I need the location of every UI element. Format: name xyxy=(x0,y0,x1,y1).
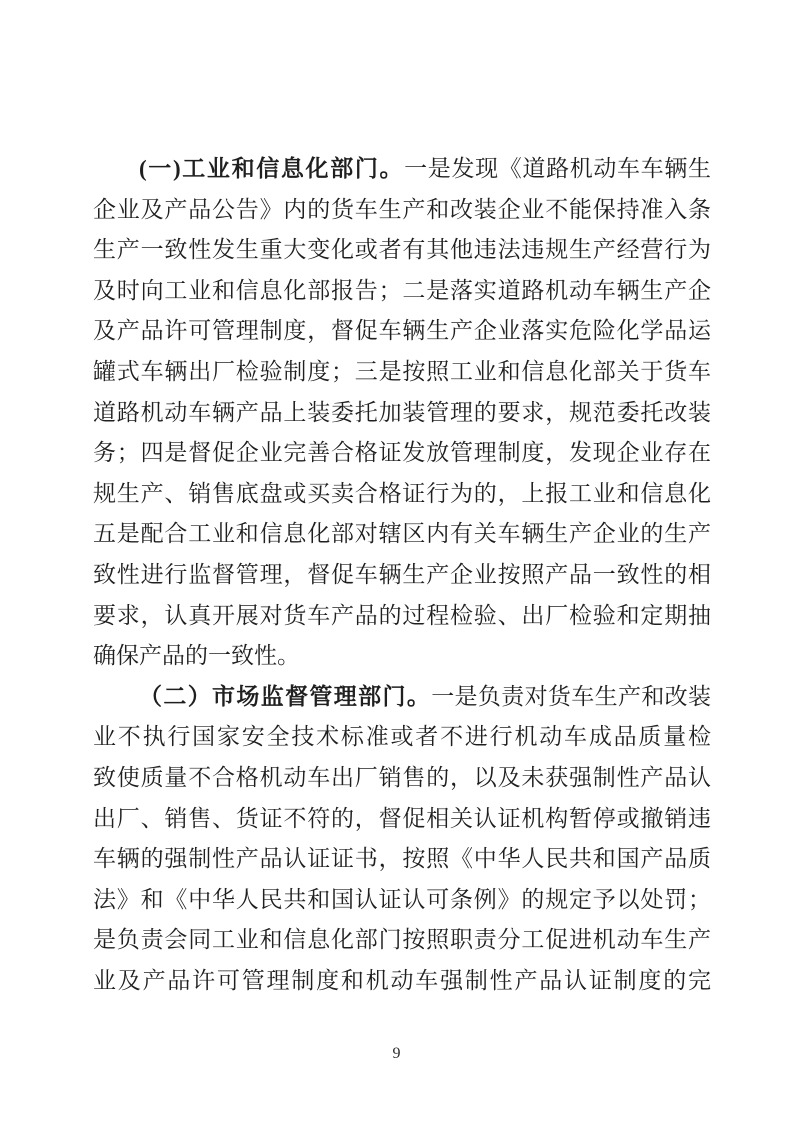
text-line: 致性进行监督管理，督促车辆生产企业按照产品一致性的相关 xyxy=(93,555,711,596)
line-text: 罐式车辆出厂检验制度；三是按照工业和信息化部关于货车类 xyxy=(93,359,711,393)
text-line: 出厂、销售、货证不符的，督促相关认证机构暂停或撤销违规 xyxy=(93,799,711,840)
line-text: 确保产品的一致性。 xyxy=(93,643,300,668)
text-line: 生产一致性发生重大变化或者有其他违法违规生产经营行为的， xyxy=(93,230,711,271)
text-line: 规生产、销售底盘或买卖合格证行为的，上报工业和信息化部； xyxy=(93,474,711,515)
text-line: (一)工业和信息化部门。一是发现《道路机动车车辆生产 xyxy=(93,149,711,190)
line-text: 道路机动车辆产品上装委托加装管理的要求，规范委托改装业 xyxy=(93,400,711,434)
line-text: 生产一致性发生重大变化或者有其他违法违规生产经营行为的， xyxy=(93,237,711,271)
text-line: 业不执行国家安全技术标准或者不进行机动车成品质量检验、 xyxy=(93,717,711,758)
line-text: 致使质量不合格机动车出厂销售的，以及未获强制性产品认证 xyxy=(93,765,711,799)
line-text: 法》和《中华人民共和国认证认可条例》的规定予以处罚；二 xyxy=(93,887,711,921)
text-line: 是负责会同工业和信息化部门按照职责分工促进机动车生产企 xyxy=(93,920,711,961)
text-line: 道路机动车辆产品上装委托加装管理的要求，规范委托改装业 xyxy=(93,393,711,434)
text-line: 务；四是督促企业完善合格证发放管理制度，发现企业存在违 xyxy=(93,433,711,474)
text-line: 及时向工业和信息化部报告；二是落实道路机动车辆生产企业 xyxy=(93,271,711,312)
page-footer: 9 xyxy=(0,1044,793,1064)
document-body: (一)工业和信息化部门。一是发现《道路机动车车辆生产企业及产品公告》内的货车生产… xyxy=(93,149,711,1001)
line-text: 五是配合工业和信息化部对辖区内有关车辆生产企业的生产一 xyxy=(93,521,711,555)
line-text: 车辆的强制性产品认证证书，按照《中华人民共和国产品质量 xyxy=(93,846,711,880)
text-line: 法》和《中华人民共和国认证认可条例》的规定予以处罚；二 xyxy=(93,880,711,921)
section-heading: (一)工业和信息化部门。 xyxy=(139,156,404,181)
line-text: 企业及产品公告》内的货车生产和改装企业不能保持准入条件、 xyxy=(93,197,711,231)
text-line: 企业及产品公告》内的货车生产和改装企业不能保持准入条件、 xyxy=(93,190,711,231)
text-line: 五是配合工业和信息化部对辖区内有关车辆生产企业的生产一 xyxy=(93,514,711,555)
line-text: 是负责会同工业和信息化部门按照职责分工促进机动车生产企 xyxy=(93,927,711,961)
text-line: 致使质量不合格机动车出厂销售的，以及未获强制性产品认证 xyxy=(93,758,711,799)
text-line: 业及产品许可管理制度和机动车强制性产品认证制度的完善， xyxy=(93,961,711,1002)
line-text: 及产品许可管理制度，督促车辆生产企业落实危险化学品运输 xyxy=(93,318,711,352)
document-page: (一)工业和信息化部门。一是发现《道路机动车车辆生产企业及产品公告》内的货车生产… xyxy=(0,0,793,1121)
page-number: 9 xyxy=(393,1045,401,1062)
line-text: 业不执行国家安全技术标准或者不进行机动车成品质量检验、 xyxy=(93,724,711,758)
line-text: 出厂、销售、货证不符的，督促相关认证机构暂停或撤销违规 xyxy=(93,806,711,840)
line-text: 及时向工业和信息化部报告；二是落实道路机动车辆生产企业 xyxy=(93,278,711,312)
text-line: 罐式车辆出厂检验制度；三是按照工业和信息化部关于货车类 xyxy=(93,352,711,393)
line-text: 要求，认真开展对货车产品的过程检验、出厂检验和定期抽查， xyxy=(93,603,711,637)
line-text: 务；四是督促企业完善合格证发放管理制度，发现企业存在违 xyxy=(93,440,711,474)
text-line: （二）市场监督管理部门。一是负责对货车生产和改装企 xyxy=(93,677,711,718)
text-line: 车辆的强制性产品认证证书，按照《中华人民共和国产品质量 xyxy=(93,839,711,880)
text-line: 及产品许可管理制度，督促车辆生产企业落实危险化学品运输 xyxy=(93,311,711,352)
section-heading: （二）市场监督管理部门。 xyxy=(139,684,431,709)
line-text: 业及产品许可管理制度和机动车强制性产品认证制度的完善， xyxy=(93,968,711,1002)
text-line: 确保产品的一致性。 xyxy=(93,636,711,677)
line-text: 致性进行监督管理，督促车辆生产企业按照产品一致性的相关 xyxy=(93,562,711,596)
text-line: 要求，认真开展对货车产品的过程检验、出厂检验和定期抽查， xyxy=(93,596,711,637)
line-text: 规生产、销售底盘或买卖合格证行为的，上报工业和信息化部； xyxy=(93,481,711,515)
